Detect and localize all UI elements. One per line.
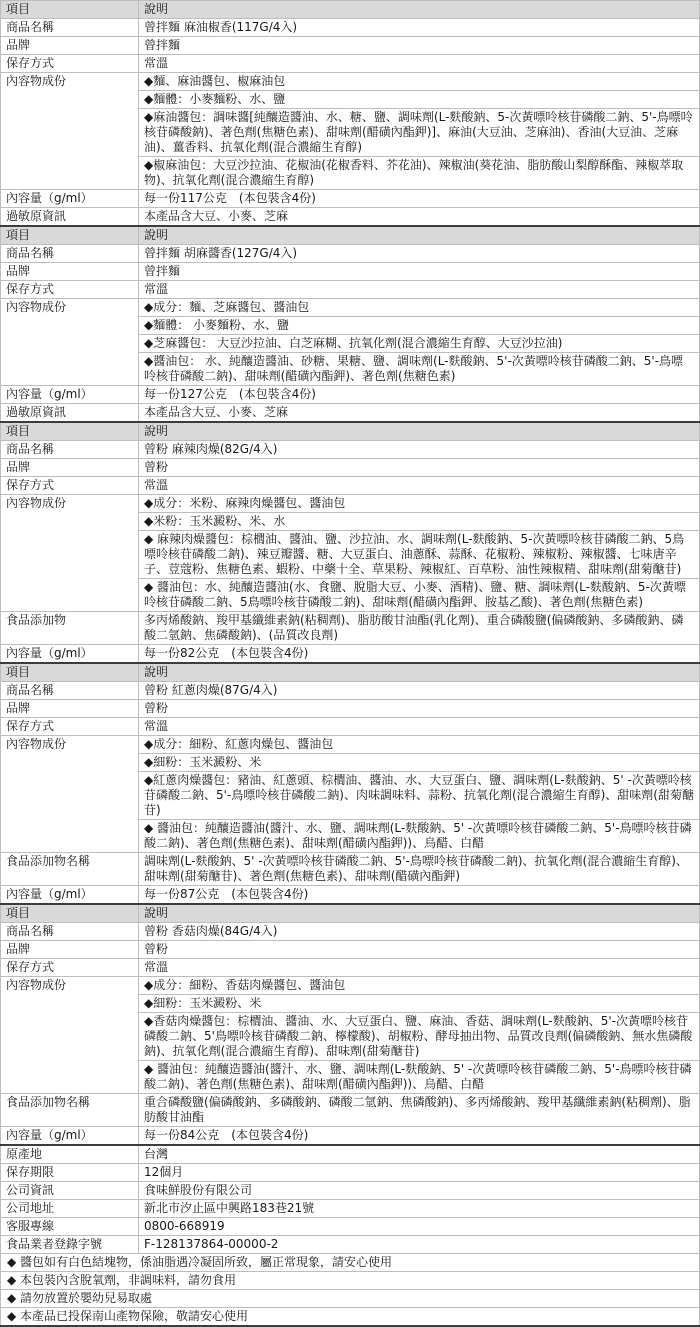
row-value: 曾粉 (139, 700, 700, 718)
ingredient-line: ◆成分：米粉、麻辣肉燥醬包、醬油包 (139, 495, 700, 513)
ingredient-line: ◆椒麻油包：大豆沙拉油、花椒油(花椒香料、芥花油)、辣椒油(葵花油、脂肪酸山梨醇… (139, 157, 700, 190)
ingredient-line: ◆香菇肉燥醬包：棕櫚油、醬油、水、大豆蛋白、鹽、麻油、香菇、調味劑(L-麩酸鈉、… (139, 1013, 700, 1061)
table-row: 內容物成份◆成分：細粉、香菇肉燥醬包、醬油包 (1, 977, 700, 995)
row-label: 內容物成份 (1, 736, 139, 853)
column-header-item: 項目 (1, 904, 139, 923)
row-label: 保存方式 (1, 477, 139, 495)
row-value: 多丙烯酸鈉、羧甲基纖維素鈉(粘稠劑)、脂肪酸甘油酯(乳化劑)、重合磷酸鹽(偏磷酸… (139, 612, 700, 645)
row-value: F-128137864-00000-2 (139, 1236, 700, 1254)
row-label: 內容物成份 (1, 73, 139, 190)
row-value: 每一份87公克 (本包裝含4份) (139, 886, 700, 905)
ingredient-line: ◆ 醬油包：純釀造醬油(醬汁、水、鹽、調味劑(L-麩酸鈉、5' -次黃嘌呤核苷磷… (139, 820, 700, 853)
row-label: 食品添加物名稱 (1, 1094, 139, 1127)
row-label: 保存方式 (1, 55, 139, 73)
note-row: ◆ 本包裝內含脫氧劑，非調味料，請勿食用 (1, 1272, 700, 1290)
column-header-description: 說明 (139, 663, 700, 682)
table-row: 保存方式常溫 (1, 959, 700, 977)
note-text: ◆ 本包裝內含脫氧劑，非調味料，請勿食用 (1, 1272, 700, 1290)
table-row: 品牌曾粉 (1, 459, 700, 477)
table-row: 食品添加物多丙烯酸鈉、羧甲基纖維素鈉(粘稠劑)、脂肪酸甘油酯(乳化劑)、重合磷酸… (1, 612, 700, 645)
row-label: 內容物成份 (1, 977, 139, 1094)
table-row: 內容量（g/ml）每一份87公克 (本包裝含4份) (1, 886, 700, 905)
row-label: 內容量（g/ml） (1, 190, 139, 208)
section-header-row: 項目說明 (1, 226, 700, 245)
row-value: 曾拌麵 麻油椒香(117G/4入) (139, 19, 700, 37)
ingredient-line: ◆成分：麵、芝麻醬包、醬油包 (139, 299, 700, 317)
table-row: 原產地台灣 (1, 1145, 700, 1164)
product-info-table: 項目說明商品名稱曾拌麵 麻油椒香(117G/4入)品牌曾拌麵保存方式常溫內容物成… (0, 0, 700, 1327)
row-value: 曾粉 香菇肉燥(84G/4入) (139, 923, 700, 941)
row-value: 調味劑(L-麩酸鈉、5' -次黃嘌呤核苷磷酸二鈉、5'-鳥嘌呤核苷磷酸二鈉)、抗… (139, 853, 700, 886)
row-value: 曾粉 紅蔥肉燥(87G/4入) (139, 682, 700, 700)
row-value: 曾拌麵 (139, 37, 700, 55)
section-header-row: 項目說明 (1, 663, 700, 682)
table-row: 品牌曾拌麵 (1, 263, 700, 281)
row-label: 品牌 (1, 263, 139, 281)
row-label: 商品名稱 (1, 245, 139, 263)
row-label: 內容物成份 (1, 495, 139, 612)
table-row: 商品名稱曾粉 香菇肉燥(84G/4入) (1, 923, 700, 941)
column-header-item: 項目 (1, 663, 139, 682)
table-row: 保存方式常溫 (1, 55, 700, 73)
table-row: 內容物成份◆成分：細粉、紅蔥肉燥包、醬油包 (1, 736, 700, 754)
section-header-row: 項目說明 (1, 422, 700, 441)
row-label: 食品添加物名稱 (1, 853, 139, 886)
note-row: ◆ 醬包如有白色結塊物，係油脂遇冷凝固所致，屬正常現象，請安心使用 (1, 1254, 700, 1272)
ingredient-line: ◆成分：細粉、香菇肉燥醬包、醬油包 (139, 977, 700, 995)
ingredient-line: ◆紅蔥肉燥醬包：豬油、紅蔥頭、棕櫚油、醬油、水、大豆蛋白、鹽、調味劑(L-麩酸鈉… (139, 772, 700, 820)
table-row: 公司地址新北市汐止區中興路183巷21號 (1, 1200, 700, 1218)
row-label: 商品名稱 (1, 923, 139, 941)
row-label: 內容量（g/ml） (1, 645, 139, 664)
table-row: 內容物成份◆成分：麵、芝麻醬包、醬油包 (1, 299, 700, 317)
ingredient-line: ◆醬油包： 水、純釀造醬油、砂糖、果糖、鹽、調味劑(L-麩酸鈉、5'-次黃嘌呤核… (139, 353, 700, 386)
ingredient-line: ◆細粉：玉米澱粉、米 (139, 754, 700, 772)
column-header-description: 說明 (139, 1, 700, 19)
row-label: 商品名稱 (1, 19, 139, 37)
table-row: 商品名稱曾粉 紅蔥肉燥(87G/4入) (1, 682, 700, 700)
row-value: 台灣 (139, 1145, 700, 1164)
note-text: ◆ 本產品已投保南山產物保險，敬請安心使用 (1, 1308, 700, 1327)
row-label: 保存方式 (1, 959, 139, 977)
column-header-item: 項目 (1, 422, 139, 441)
row-value: 每一份127公克 (本包裝含4份) (139, 386, 700, 404)
table-row: 客服專線0800-668919 (1, 1218, 700, 1236)
row-value: 新北市汐止區中興路183巷21號 (139, 1200, 700, 1218)
row-value: 常溫 (139, 477, 700, 495)
row-label: 原產地 (1, 1145, 139, 1164)
table-row: 內容量（g/ml）每一份127公克 (本包裝含4份) (1, 386, 700, 404)
row-label: 保存方式 (1, 718, 139, 736)
row-label: 保存期限 (1, 1164, 139, 1182)
ingredient-line: ◆麻油醬包：調味醬[純釀造醬油、水、糖、鹽、調味劑(L-麩酸鈉、5-次黃嘌呤核苷… (139, 109, 700, 157)
column-header-item: 項目 (1, 1, 139, 19)
row-value: 曾拌麵 (139, 263, 700, 281)
column-header-description: 說明 (139, 226, 700, 245)
row-value: 重合磷酸鹽(偏磷酸鈉、多磷酸鈉、磷酸二氫鈉、焦磷酸鈉)、多丙烯酸鈉、羧甲基纖維素… (139, 1094, 700, 1127)
row-value: 曾粉 (139, 459, 700, 477)
row-label: 過敏原資訊 (1, 404, 139, 423)
ingredient-line: ◆成分：細粉、紅蔥肉燥包、醬油包 (139, 736, 700, 754)
row-label: 品牌 (1, 941, 139, 959)
row-label: 客服專線 (1, 1218, 139, 1236)
note-row: ◆ 本產品已投保南山產物保險，敬請安心使用 (1, 1308, 700, 1327)
row-value: 每一份84公克 (本包裝含4份) (139, 1127, 700, 1146)
note-text: ◆ 醬包如有白色結塊物，係油脂遇冷凝固所致，屬正常現象，請安心使用 (1, 1254, 700, 1272)
ingredient-line: ◆麵體：小麥麵粉、水、鹽 (139, 91, 700, 109)
row-label: 品牌 (1, 37, 139, 55)
row-value: 曾拌麵 胡麻醬香(127G/4入) (139, 245, 700, 263)
row-label: 公司地址 (1, 1200, 139, 1218)
row-value: 曾粉 麻辣肉燥(82G/4入) (139, 441, 700, 459)
row-value: 常溫 (139, 281, 700, 299)
row-value: 常溫 (139, 55, 700, 73)
row-value: 每一份117公克 (本包裝含4份) (139, 190, 700, 208)
row-label: 內容量（g/ml） (1, 886, 139, 905)
table-row: 保存方式常溫 (1, 718, 700, 736)
row-value: 常溫 (139, 959, 700, 977)
row-value: 12個月 (139, 1164, 700, 1182)
column-header-description: 說明 (139, 422, 700, 441)
ingredient-line: ◆米粉：玉米澱粉、米、水 (139, 513, 700, 531)
row-label: 商品名稱 (1, 441, 139, 459)
row-value: 每一份82公克 (本包裝含4份) (139, 645, 700, 664)
section-header-row: 項目說明 (1, 1, 700, 19)
table-row: 內容量（g/ml）每一份82公克 (本包裝含4份) (1, 645, 700, 664)
table-row: 過敏原資訊本產品含大豆、小麥、芝麻 (1, 404, 700, 423)
row-label: 內容量（g/ml） (1, 386, 139, 404)
note-text: ◆ 請勿放置於嬰幼兒易取處 (1, 1290, 700, 1308)
ingredient-line: ◆ 醬油包：水、純釀造醬油(水、食鹽、脫脂大豆、小麥、酒精)、鹽、糖、調味劑(L… (139, 579, 700, 612)
row-value: 本產品含大豆、小麥、芝麻 (139, 404, 700, 423)
table-row: 商品名稱曾拌麵 麻油椒香(117G/4入) (1, 19, 700, 37)
table-row: 內容量（g/ml）每一份84公克 (本包裝含4份) (1, 1127, 700, 1146)
table-row: 內容物成份◆成分：米粉、麻辣肉燥醬包、醬油包 (1, 495, 700, 513)
table-row: 保存期限12個月 (1, 1164, 700, 1182)
table-row: 公司資訊食味鮮股份有限公司 (1, 1182, 700, 1200)
row-value: 本產品含大豆、小麥、芝麻 (139, 208, 700, 227)
table-row: 商品名稱曾粉 麻辣肉燥(82G/4入) (1, 441, 700, 459)
product-table-body: 項目說明商品名稱曾拌麵 麻油椒香(117G/4入)品牌曾拌麵保存方式常溫內容物成… (1, 1, 700, 1327)
table-row: 過敏原資訊本產品含大豆、小麥、芝麻 (1, 208, 700, 227)
ingredient-line: ◆麵、麻油醬包、椒麻油包 (139, 73, 700, 91)
section-header-row: 項目說明 (1, 904, 700, 923)
column-header-item: 項目 (1, 226, 139, 245)
row-label: 食品添加物 (1, 612, 139, 645)
row-value: 食味鮮股份有限公司 (139, 1182, 700, 1200)
table-row: 食品添加物名稱重合磷酸鹽(偏磷酸鈉、多磷酸鈉、磷酸二氫鈉、焦磷酸鈉)、多丙烯酸鈉… (1, 1094, 700, 1127)
row-label: 食品業者登錄字號 (1, 1236, 139, 1254)
table-row: 品牌曾粉 (1, 941, 700, 959)
ingredient-line: ◆芝麻醬包： 大豆沙拉油、白芝麻糊、抗氧化劑(混合濃縮生育醇、大豆沙拉油) (139, 335, 700, 353)
table-row: 保存方式常溫 (1, 477, 700, 495)
table-row: 商品名稱曾拌麵 胡麻醬香(127G/4入) (1, 245, 700, 263)
column-header-description: 說明 (139, 904, 700, 923)
row-value: 常溫 (139, 718, 700, 736)
table-row: 食品業者登錄字號F-128137864-00000-2 (1, 1236, 700, 1254)
row-label: 過敏原資訊 (1, 208, 139, 227)
row-label: 公司資訊 (1, 1182, 139, 1200)
ingredient-line: ◆細粉：玉米澱粉、米 (139, 995, 700, 1013)
row-value: 曾粉 (139, 941, 700, 959)
row-value: 0800-668919 (139, 1218, 700, 1236)
row-label: 內容物成份 (1, 299, 139, 386)
row-label: 商品名稱 (1, 682, 139, 700)
table-row: 內容物成份◆麵、麻油醬包、椒麻油包 (1, 73, 700, 91)
table-row: 品牌曾粉 (1, 700, 700, 718)
row-label: 品牌 (1, 459, 139, 477)
table-row: 內容量（g/ml）每一份117公克 (本包裝含4份) (1, 190, 700, 208)
row-label: 品牌 (1, 700, 139, 718)
row-label: 內容量（g/ml） (1, 1127, 139, 1146)
table-row: 品牌曾拌麵 (1, 37, 700, 55)
table-row: 食品添加物名稱調味劑(L-麩酸鈉、5' -次黃嘌呤核苷磷酸二鈉、5'-鳥嘌呤核苷… (1, 853, 700, 886)
ingredient-line: ◆ 醬油包：純釀造醬油(醬汁、水、鹽、調味劑(L-麩酸鈉、5' -次黃嘌呤核苷磷… (139, 1061, 700, 1094)
row-label: 保存方式 (1, 281, 139, 299)
ingredient-line: ◆ 麻辣肉燥醬包：棕櫚油、醬油、鹽、沙拉油、水、調味劑(L-麩酸鈉、5-次黃嘌呤… (139, 531, 700, 579)
ingredient-line: ◆麵體： 小麥麵粉、水、鹽 (139, 317, 700, 335)
table-row: 保存方式常溫 (1, 281, 700, 299)
